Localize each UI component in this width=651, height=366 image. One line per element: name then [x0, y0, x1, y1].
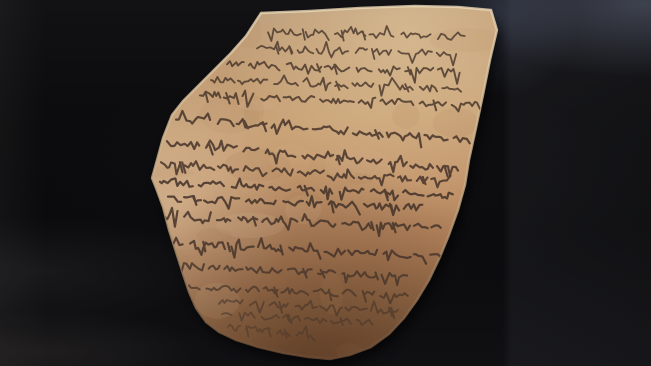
- artifact-photo: Photograph of an ancient clay ostracon (…: [0, 0, 651, 366]
- ostracon-shard: [128, 3, 510, 359]
- ostracon-svg: [0, 0, 651, 366]
